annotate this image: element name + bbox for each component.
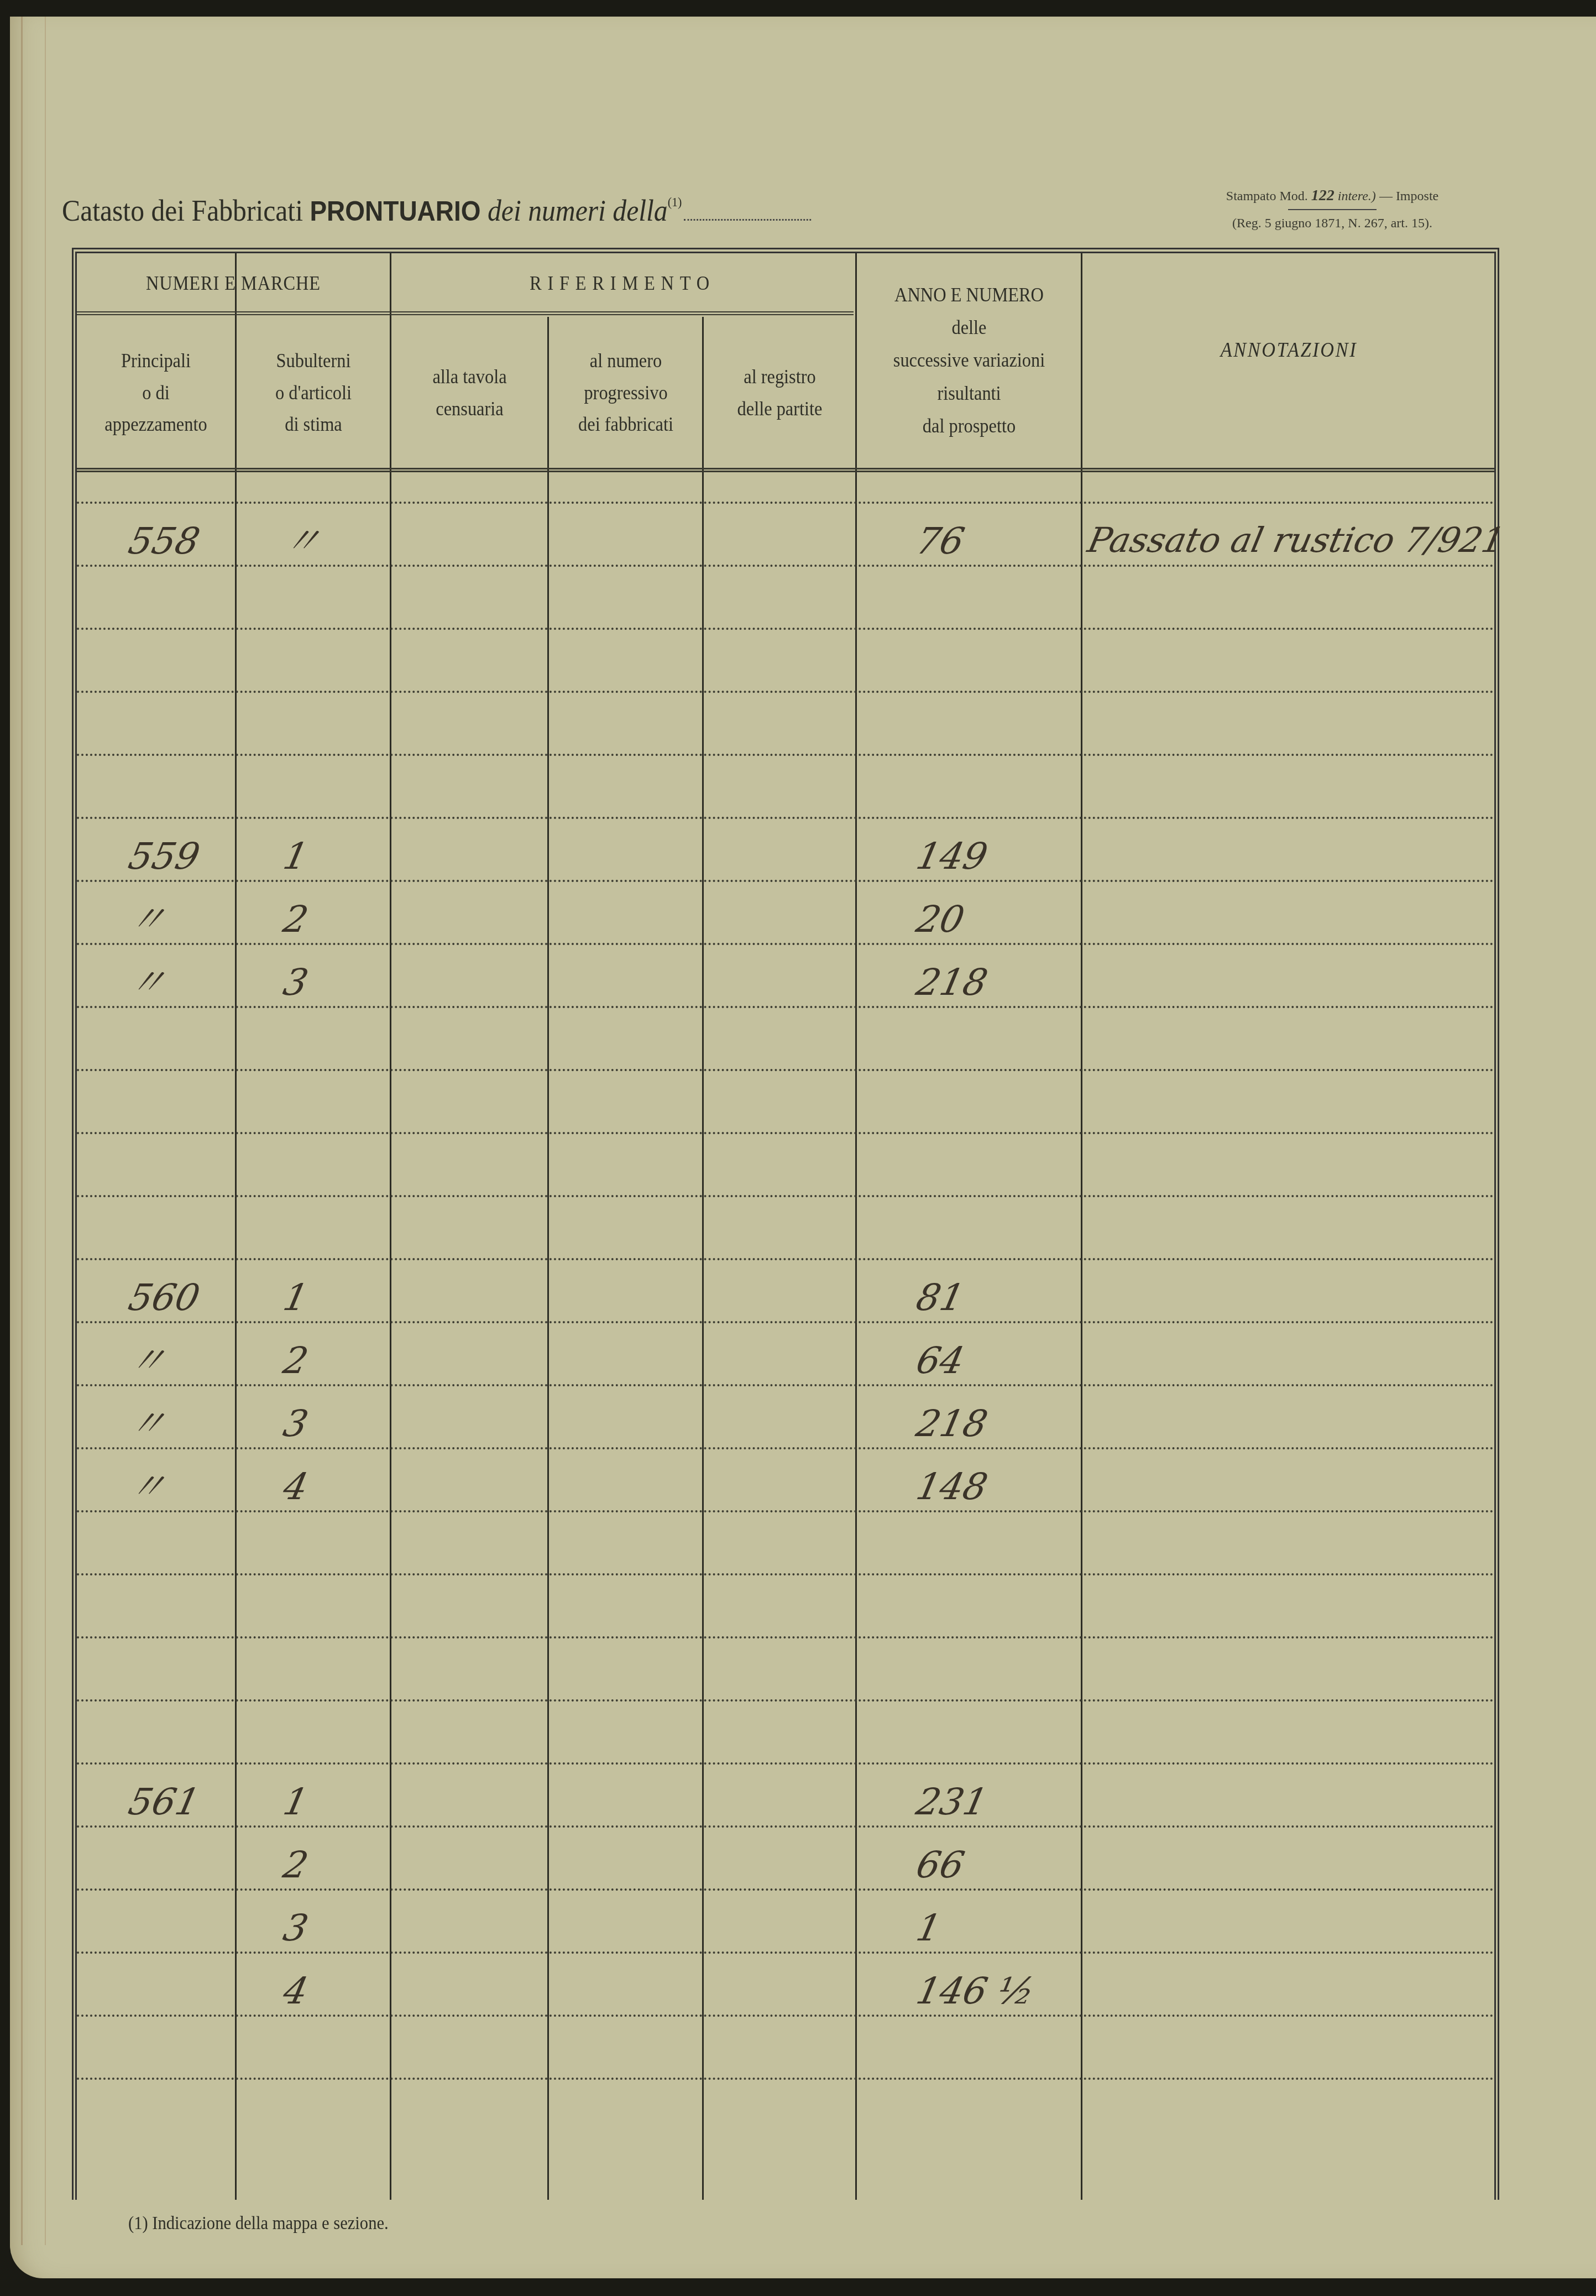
row-rule — [77, 1699, 1494, 1702]
title-italic: dei numeri della — [488, 194, 668, 227]
row-rule — [77, 817, 1494, 819]
principale-cell: 558 — [125, 523, 203, 560]
row-rule — [77, 1762, 1494, 1765]
row-rule — [77, 565, 1494, 567]
anno-numero-cell: 146 ½ — [913, 1973, 1038, 2010]
row-rule — [77, 754, 1494, 756]
col-header-anno-numero: ANNO E NUMERO delle successive variazion… — [868, 253, 1070, 468]
principale-cell: 〃 — [125, 1406, 170, 1442]
row-rule — [77, 1321, 1494, 1323]
subalterno-cell: 2 — [280, 1847, 311, 1883]
principale-cell: 560 — [125, 1280, 203, 1316]
row-rule — [77, 1951, 1494, 1954]
col-divider-2 — [390, 253, 391, 2200]
anno-numero-cell: 76 — [913, 523, 967, 560]
subalterno-cell: 1 — [280, 838, 311, 875]
subalterno-cell: 3 — [280, 964, 311, 1001]
group-header-rule — [77, 311, 854, 315]
anno-numero-cell: 81 — [913, 1280, 967, 1316]
principale-cell: 561 — [125, 1784, 203, 1820]
print-model-label: Stampato Mod. — [1226, 189, 1308, 203]
subalterno-cell: 3 — [280, 1910, 311, 1947]
print-model-number: 122 — [1311, 187, 1335, 204]
anno-numero-cell: 218 — [913, 1406, 991, 1442]
annotazione-cell: Passato al rustico 7/921 — [1085, 523, 1508, 557]
row-rule — [77, 1447, 1494, 1449]
row-rule — [77, 628, 1494, 630]
row-rule — [77, 1636, 1494, 1638]
footnote: (1) Indicazione della mappa e sezione. — [128, 2213, 389, 2234]
binding-edge — [21, 17, 46, 2245]
subalterno-cell: 4 — [280, 1469, 311, 1505]
col-header-subalterni: Subulterni o d'articoli di stima — [245, 320, 382, 466]
row-rule — [77, 691, 1494, 693]
subalterno-cell: 2 — [280, 1343, 311, 1379]
subalterno-cell: 4 — [280, 1973, 311, 2010]
print-regulation: (Reg. 5 giugno 1871, N. 267, art. 15). — [1166, 217, 1498, 230]
row-rule — [77, 1384, 1494, 1386]
title-bold: PRONTUARIO — [310, 196, 480, 227]
print-info: Stampato Mod. 122 intere.) — Imposte (Re… — [1166, 188, 1498, 230]
row-rule — [77, 2015, 1494, 2017]
principale-cell: 〃 — [125, 1343, 170, 1379]
anno-numero-cell: 149 — [913, 838, 991, 875]
anno-numero-cell: 218 — [913, 964, 991, 1001]
row-rule — [77, 1132, 1494, 1134]
row-rule — [77, 1006, 1494, 1008]
group-header-riferimento: RIFERIMENTO — [413, 259, 832, 309]
print-model-suffix: — Imposte — [1379, 189, 1438, 203]
principale-cell: 559 — [125, 838, 203, 875]
col-header-registro-partite: al registro delle partite — [712, 320, 848, 466]
row-rule — [77, 1195, 1494, 1197]
row-rule — [77, 943, 1494, 945]
subalterno-cell: 1 — [280, 1784, 311, 1820]
anno-numero-cell: 20 — [913, 901, 967, 938]
col-header-principali: Principali o di appezzamento — [85, 320, 227, 466]
col-header-numero-progressivo: al numero progressivo dei fabbricati — [557, 320, 694, 466]
principale-cell: 〃 — [125, 901, 170, 938]
title-prefix: Catasto dei Fabbricati — [62, 194, 303, 227]
col-divider-5 — [855, 253, 857, 2200]
title-fill-line — [684, 213, 811, 221]
row-rule — [77, 502, 1494, 504]
print-model-italic: intere.) — [1338, 189, 1376, 203]
page-title: Catasto dei Fabbricati PRONTUARIO dei nu… — [62, 194, 811, 228]
subalterno-cell: 1 — [280, 1280, 311, 1316]
anno-numero-cell: 1 — [913, 1910, 944, 1947]
col-divider-1 — [235, 253, 237, 2200]
anno-numero-cell: 66 — [913, 1847, 967, 1883]
principale-cell: 〃 — [125, 1469, 170, 1505]
col-header-annotazioni: ANNOTAZIONI — [1103, 253, 1474, 447]
row-rule — [77, 1258, 1494, 1260]
header-bottom-rule — [77, 468, 1494, 472]
row-rule — [77, 1573, 1494, 1575]
row-rule — [77, 1069, 1494, 1071]
col-header-tavola-censuaria: alla tavola censuaria — [400, 320, 540, 466]
row-rule — [77, 2078, 1494, 2080]
row-rule — [77, 1888, 1494, 1891]
anno-numero-cell: 231 — [913, 1784, 991, 1820]
footnote-mark: (1) — [668, 195, 682, 210]
subalterno-cell: 3 — [280, 1406, 311, 1442]
subalterno-cell: 2 — [280, 901, 311, 938]
row-rule — [77, 1510, 1494, 1512]
print-rule — [1288, 209, 1377, 210]
principale-cell: 〃 — [125, 964, 170, 1001]
anno-numero-cell: 64 — [913, 1343, 967, 1379]
group-header-numeri-e-marche: NUMERI E MARCHE — [92, 259, 374, 309]
col-divider-6 — [1081, 253, 1082, 2200]
anno-numero-cell: 148 — [913, 1469, 991, 1505]
row-rule — [77, 1825, 1494, 1828]
row-rule — [77, 880, 1494, 882]
ledger-table: NUMERI E MARCHE RIFERIMENTO Principali o… — [72, 248, 1499, 2200]
subalterno-cell: 〃 — [280, 523, 325, 560]
